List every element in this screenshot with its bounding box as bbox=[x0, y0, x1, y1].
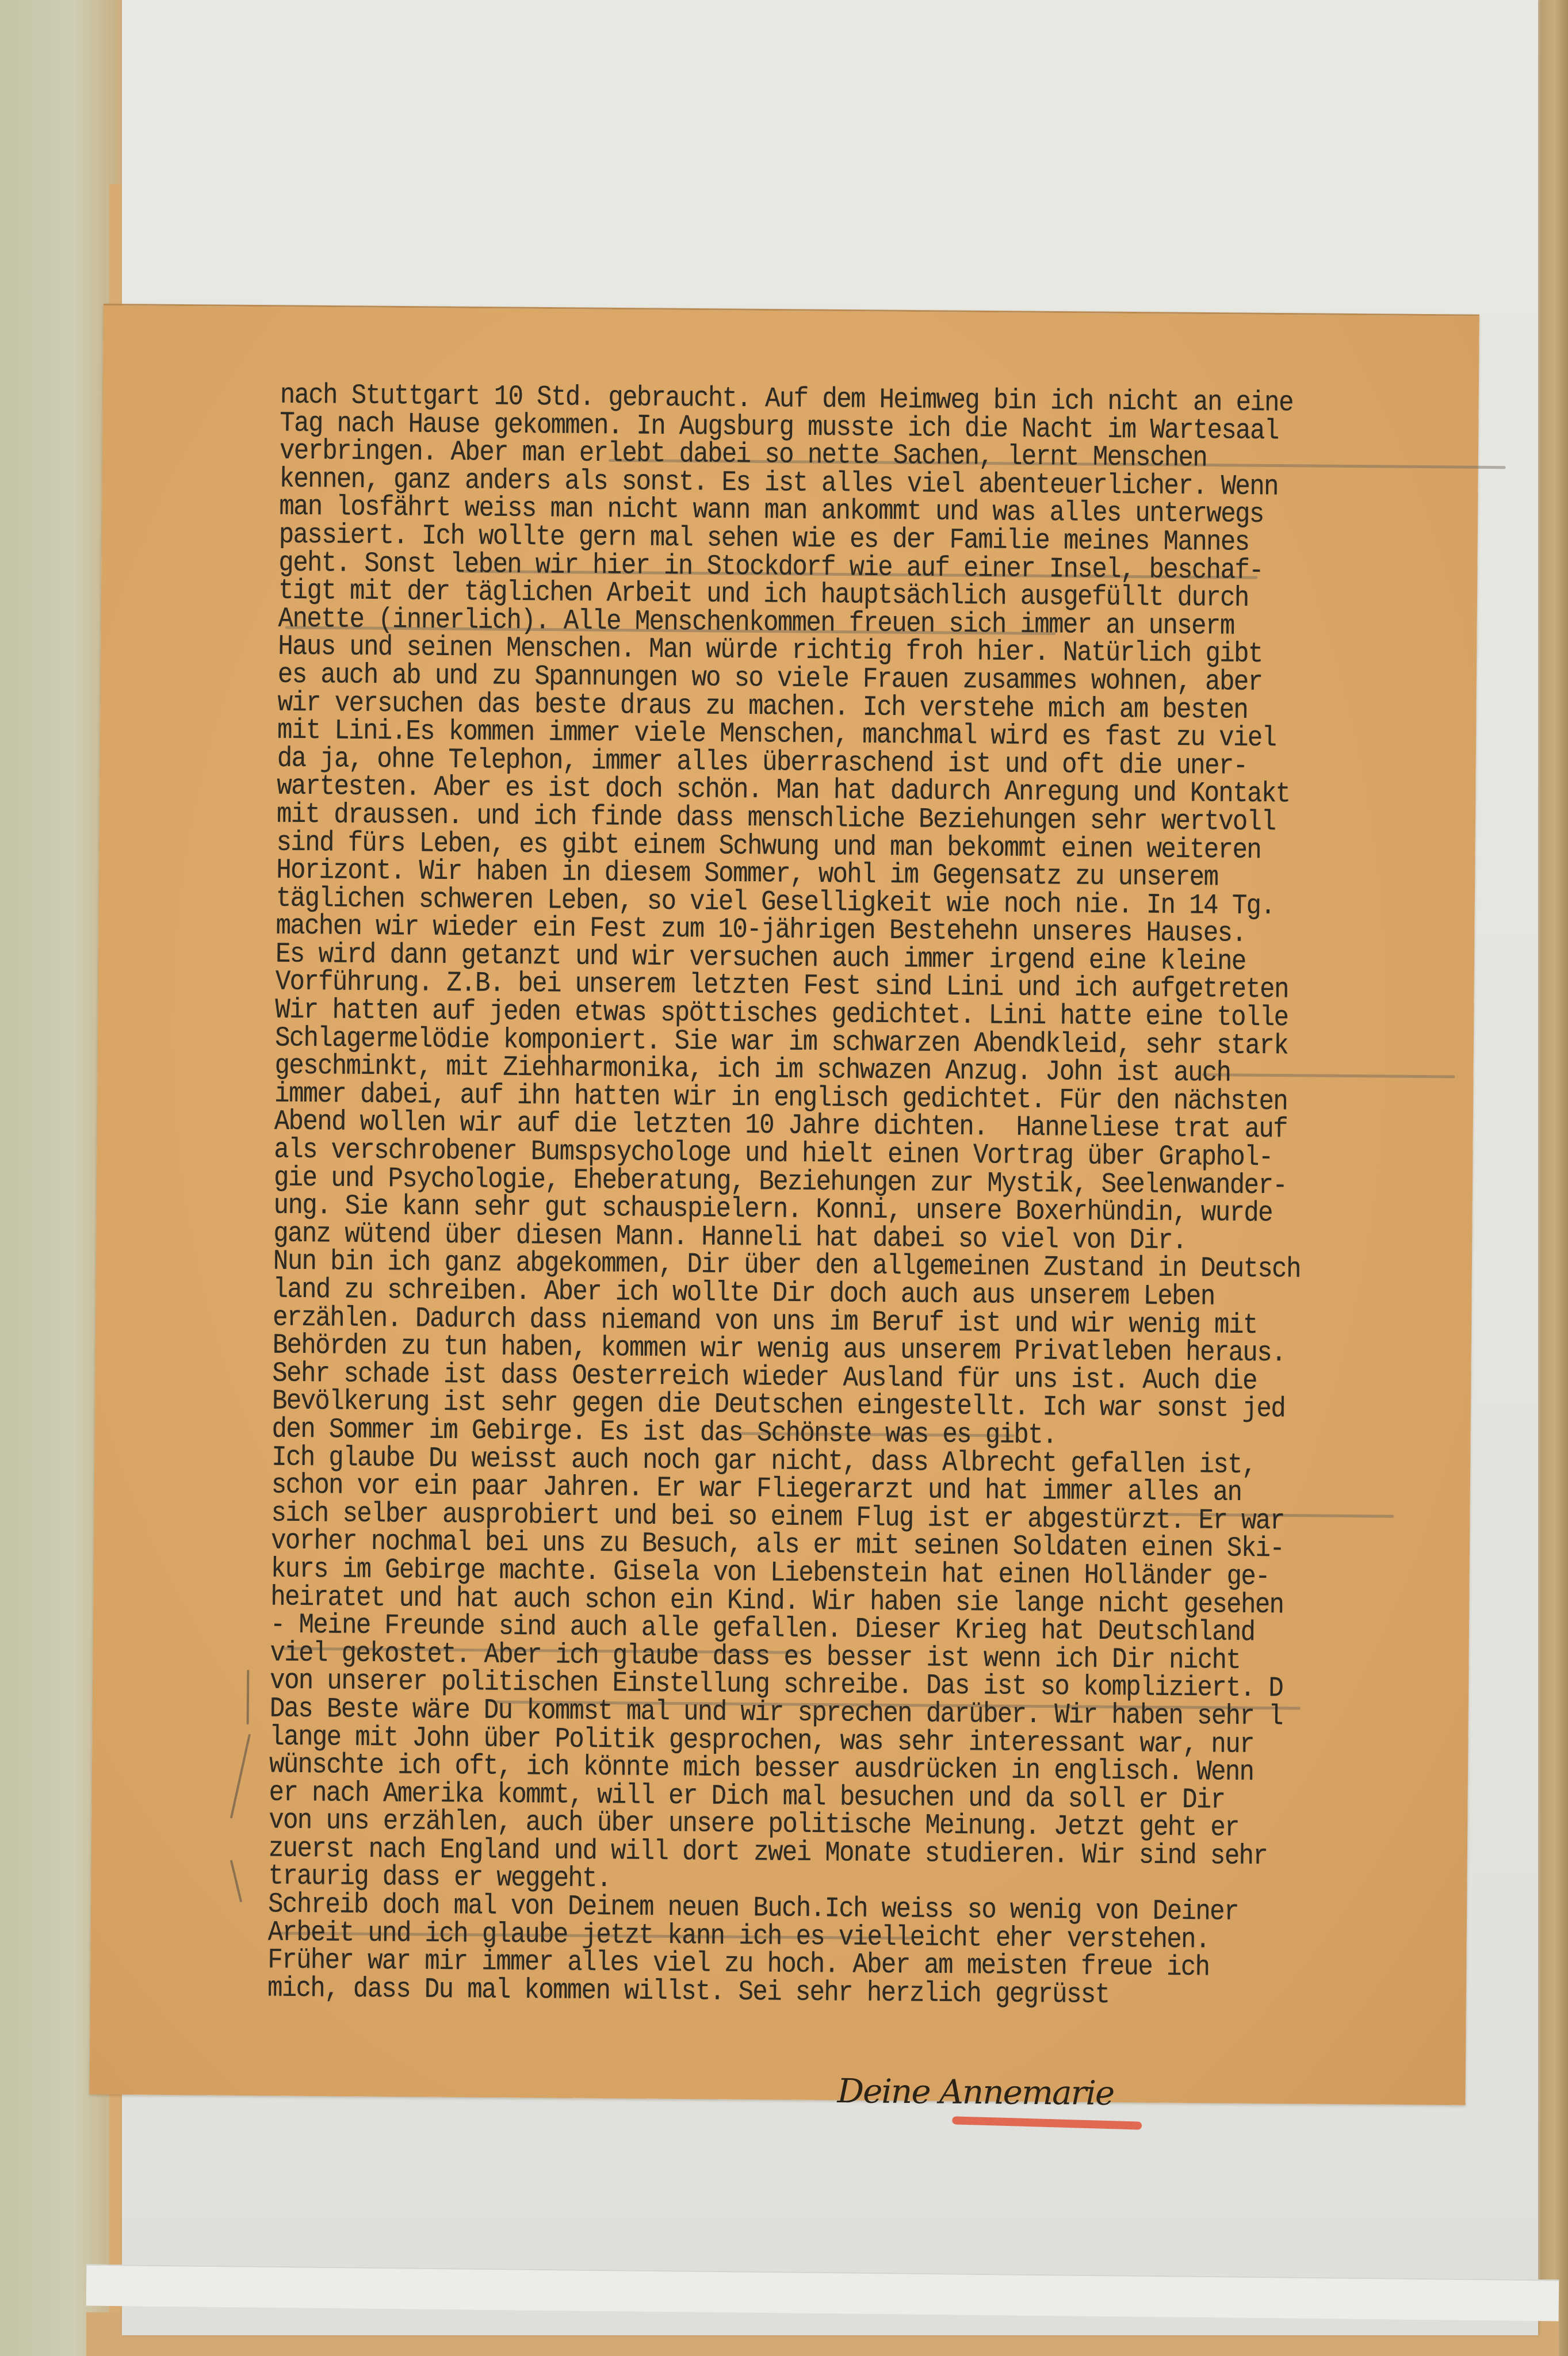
margin-pencil-mark bbox=[230, 1734, 251, 1818]
letter-body: nach Stuttgart 10 Std. gebraucht. Auf de… bbox=[267, 381, 1488, 2012]
handwritten-signature: Deine Annemarie bbox=[837, 2071, 1114, 2113]
folder-right-edge bbox=[1535, 0, 1568, 2356]
typewritten-letter: nach Stuttgart 10 Std. gebraucht. Auf de… bbox=[90, 304, 1479, 2105]
margin-pencil-mark bbox=[230, 1860, 242, 1902]
margin-pencil-mark bbox=[247, 1670, 250, 1724]
